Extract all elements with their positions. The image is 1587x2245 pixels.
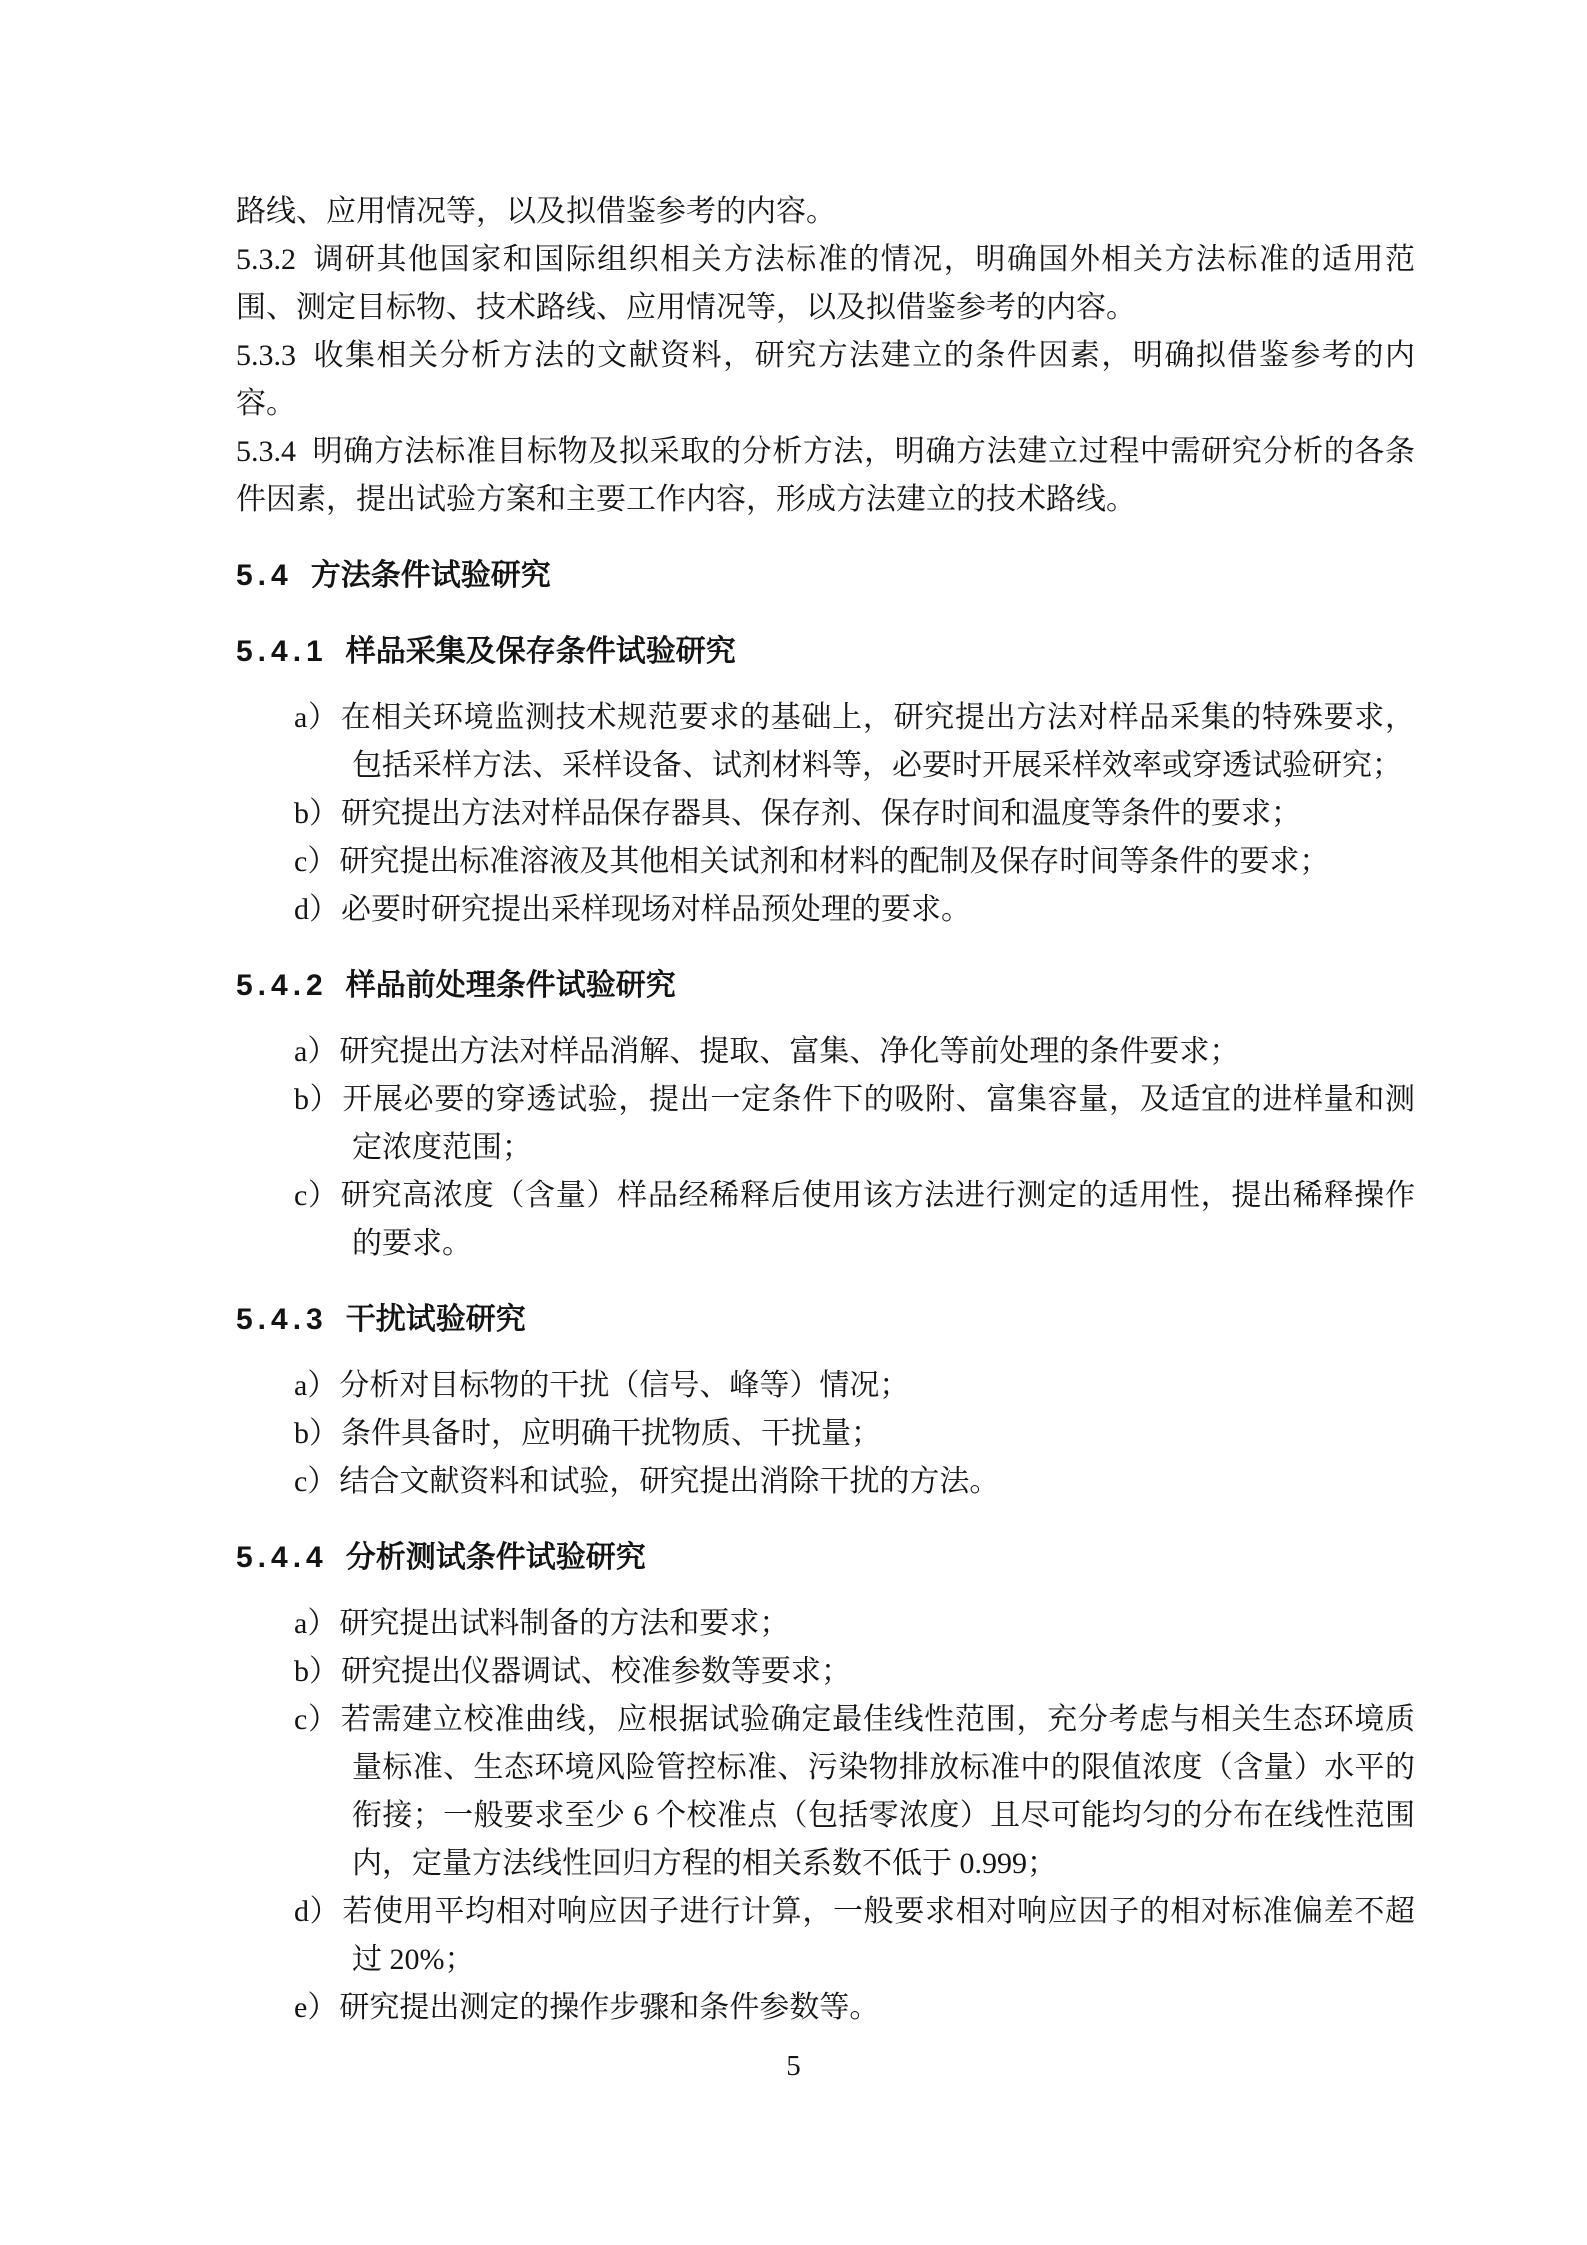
paragraph-text: 明确方法标准目标物及拟采取的分析方法，明确方法建立过程中需研究分析的各条件因素，… — [236, 435, 1415, 516]
list-item-marker: b） — [294, 1083, 340, 1116]
list-item: a）研究提出试料制备的方法和要求； — [236, 1600, 1415, 1648]
list-item-text: 若需建立校准曲线，应根据试验确定最佳线性范围，充分考虑与相关生态环境质量标准、生… — [341, 1703, 1415, 1880]
document-page: 路线、应用情况等，以及拟借鉴参考的内容。 5.3.2调研其他国家和国际组织相关方… — [0, 0, 1587, 2245]
list-item-marker: e） — [294, 1991, 337, 2024]
list-item-text: 研究提出测定的操作步骤和条件参数等。 — [339, 1991, 879, 2024]
list-item-text: 必要时研究提出采样现场对样品预处理的要求。 — [341, 893, 971, 926]
list-item-marker: c） — [294, 1179, 339, 1212]
list-item-text: 分析对目标物的干扰（信号、峰等）情况； — [339, 1369, 909, 1402]
heading-number: 5.4.3 — [236, 1303, 328, 1336]
list-item-text: 条件具备时，应明确干扰物质、干扰量； — [341, 1417, 881, 1450]
list-item: c）研究高浓度（含量）样品经稀释后使用该方法进行测定的适用性，提出稀释操作的要求… — [236, 1172, 1415, 1268]
paragraph-text: 调研其他国家和国际组织相关方法标准的情况，明确国外相关方法标准的适用范围、测定目… — [236, 243, 1415, 324]
list-item-text: 研究提出标准溶液及其他相关试剂和材料的配制及保存时间等条件的要求； — [339, 845, 1329, 878]
list-item: c）若需建立校准曲线，应根据试验确定最佳线性范围，充分考虑与相关生态环境质量标准… — [236, 1696, 1415, 1888]
list-item: d）必要时研究提出采样现场对样品预处理的要求。 — [236, 886, 1415, 934]
list-item-marker: b） — [294, 1417, 339, 1450]
heading-title: 样品采集及保存条件试验研究 — [346, 635, 736, 668]
list-item-marker: b） — [294, 797, 339, 830]
heading-title: 分析测试条件试验研究 — [346, 1541, 646, 1574]
section-heading-5-4-3: 5.4.3干扰试验研究 — [236, 1296, 1415, 1344]
heading-number: 5.4.1 — [236, 635, 328, 668]
section-heading-5-4: 5.4方法条件试验研究 — [236, 552, 1415, 600]
heading-title: 干扰试验研究 — [346, 1303, 526, 1336]
list-item-text: 研究高浓度（含量）样品经稀释后使用该方法进行测定的适用性，提出稀释操作的要求。 — [341, 1179, 1415, 1260]
list-item-text: 研究提出仪器调试、校准参数等要求； — [341, 1655, 851, 1688]
paragraph-5-3-2: 5.3.2调研其他国家和国际组织相关方法标准的情况，明确国外相关方法标准的适用范… — [236, 236, 1415, 332]
list-item: b）条件具备时，应明确干扰物质、干扰量； — [236, 1410, 1415, 1458]
list-item-text: 在相关环境监测技术规范要求的基础上，研究提出方法对样品采集的特殊要求，包括采样方… — [341, 701, 1415, 782]
list-item-text: 开展必要的穿透试验，提出一定条件下的吸附、富集容量，及适宜的进样量和测定浓度范围… — [342, 1083, 1415, 1164]
list-item-text: 结合文献资料和试验，研究提出消除干扰的方法。 — [339, 1465, 999, 1498]
list-item-text: 研究提出方法对样品消解、提取、富集、净化等前处理的条件要求； — [339, 1035, 1239, 1068]
page-content: 路线、应用情况等，以及拟借鉴参考的内容。 5.3.2调研其他国家和国际组织相关方… — [236, 188, 1415, 2032]
list-item: b）开展必要的穿透试验，提出一定条件下的吸附、富集容量，及适宜的进样量和测定浓度… — [236, 1076, 1415, 1172]
paragraph-5-3-3: 5.3.3收集相关分析方法的文献资料，研究方法建立的条件因素，明确拟借鉴参考的内… — [236, 332, 1415, 428]
paragraph-text: 收集相关分析方法的文献资料，研究方法建立的条件因素，明确拟借鉴参考的内容。 — [236, 339, 1415, 420]
heading-title: 样品前处理条件试验研究 — [346, 969, 676, 1002]
list-item: b）研究提出仪器调试、校准参数等要求； — [236, 1648, 1415, 1696]
page-number: 5 — [0, 2046, 1587, 2086]
list-item: d）若使用平均相对响应因子进行计算，一般要求相对响应因子的相对标准偏差不超过 2… — [236, 1888, 1415, 1984]
list-item-marker: b） — [294, 1655, 339, 1688]
list-item: a）分析对目标物的干扰（信号、峰等）情况； — [236, 1362, 1415, 1410]
section-heading-5-4-1: 5.4.1样品采集及保存条件试验研究 — [236, 628, 1415, 676]
section-heading-5-4-2: 5.4.2样品前处理条件试验研究 — [236, 962, 1415, 1010]
list-item: c）研究提出标准溶液及其他相关试剂和材料的配制及保存时间等条件的要求； — [236, 838, 1415, 886]
list-item-marker: d） — [294, 1895, 340, 1928]
list-item-text: 若使用平均相对响应因子进行计算，一般要求相对响应因子的相对标准偏差不超过 20%… — [342, 1895, 1415, 1976]
list-item-marker: a） — [294, 1607, 337, 1640]
heading-number: 5.4.2 — [236, 969, 328, 1002]
paragraph-text: 路线、应用情况等，以及拟借鉴参考的内容。 — [236, 195, 836, 228]
list-item: e）研究提出测定的操作步骤和条件参数等。 — [236, 1984, 1415, 2032]
list-item: a）在相关环境监测技术规范要求的基础上，研究提出方法对样品采集的特殊要求，包括采… — [236, 694, 1415, 790]
paragraph-number: 5.3.3 — [236, 339, 296, 372]
list-item-marker: a） — [294, 1369, 337, 1402]
heading-number: 5.4 — [236, 559, 293, 592]
list-item-marker: a） — [294, 1035, 337, 1068]
list-item-marker: c） — [294, 1465, 337, 1498]
list-item-text: 研究提出试料制备的方法和要求； — [339, 1607, 789, 1640]
list-item: b）研究提出方法对样品保存器具、保存剂、保存时间和温度等条件的要求； — [236, 790, 1415, 838]
list-item: a）研究提出方法对样品消解、提取、富集、净化等前处理的条件要求； — [236, 1028, 1415, 1076]
list-item-text: 研究提出方法对样品保存器具、保存剂、保存时间和温度等条件的要求； — [341, 797, 1301, 830]
list-item-marker: a） — [294, 701, 339, 734]
list-item: c）结合文献资料和试验，研究提出消除干扰的方法。 — [236, 1458, 1415, 1506]
paragraph-continuation: 路线、应用情况等，以及拟借鉴参考的内容。 — [236, 188, 1415, 236]
list-item-marker: c） — [294, 845, 337, 878]
heading-number: 5.4.4 — [236, 1541, 328, 1574]
paragraph-5-3-4: 5.3.4明确方法标准目标物及拟采取的分析方法，明确方法建立过程中需研究分析的各… — [236, 428, 1415, 524]
section-heading-5-4-4: 5.4.4分析测试条件试验研究 — [236, 1534, 1415, 1582]
paragraph-number: 5.3.4 — [236, 435, 296, 468]
list-item-marker: d） — [294, 893, 339, 926]
heading-title: 方法条件试验研究 — [311, 559, 551, 592]
paragraph-number: 5.3.2 — [236, 243, 296, 276]
list-item-marker: c） — [294, 1703, 339, 1736]
